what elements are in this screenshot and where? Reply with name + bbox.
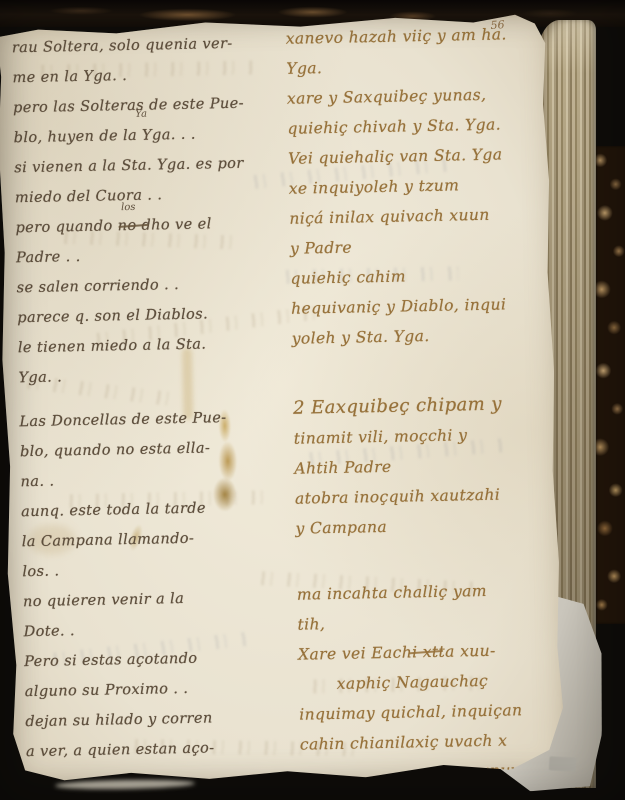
manuscript-page: 56 rau Soltera, solo quenia ver- me en l… (0, 12, 567, 787)
under-page-label-patch (549, 756, 577, 771)
torn-edge-highlight (55, 779, 195, 790)
marbled-cover-edge (594, 146, 625, 624)
manuscript-line: a ver, a quien estan aço- (26, 732, 299, 767)
interlinear-insertion: los (121, 202, 136, 213)
manuscript-photo: 56 rau Soltera, solo quenia ver- me en l… (0, 0, 625, 800)
right-column-mayan: xanevo hazah viiç y am ha. Yga. xare y S… (285, 19, 562, 790)
left-column-spanish: rau Soltera, solo quenia ver- me en la Y… (12, 28, 299, 767)
manuscript-line: Yga. . (18, 358, 291, 393)
manuscript-line: yoleh y Sta. Yga. (291, 318, 554, 353)
interlinear-insertion: Ya (135, 109, 147, 120)
manuscript-line: inquimay quichal, inquiçan (299, 694, 562, 729)
manuscript-line: y Campana (295, 508, 558, 543)
